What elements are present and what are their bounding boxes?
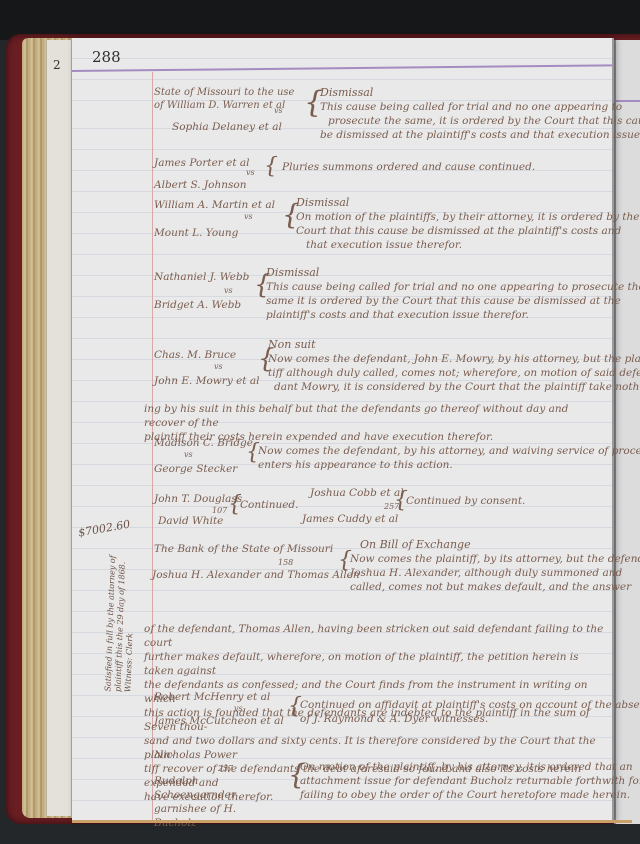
ruling-line: This cause being called for trial and no… — [320, 100, 640, 114]
ruling-title: On Bill of Exchange — [350, 538, 640, 552]
ledger-page: 288 State of Missouri to the use of Will… — [72, 38, 614, 822]
ruling-line: that execution issue therefor. — [296, 238, 640, 252]
page-number: 288 — [92, 48, 121, 66]
versus: vs — [184, 448, 193, 462]
ruling-line: Continued by consent. — [406, 494, 525, 508]
versus: vs — [244, 210, 253, 224]
ruling: Dismissal This cause being called for tr… — [266, 266, 640, 322]
ruling: Now comes the defendant, by his attorney… — [258, 444, 640, 472]
ruling-line: Pluries summons ordered and cause contin… — [282, 160, 535, 174]
versus: vs — [214, 360, 223, 374]
ruling-line: tiff although duly called, comes not; wh… — [268, 366, 640, 380]
defendant: Bridget A. Webb — [154, 298, 241, 312]
defendant: John E. Mowry et al — [154, 374, 259, 388]
page-bottom-edge — [72, 820, 632, 823]
ruling: On Bill of Exchange Now comes the plaint… — [350, 538, 640, 594]
ruling-line: called, comes not but makes default, and… — [350, 580, 640, 594]
ruling-line: Now comes the defendant, John E. Mowry, … — [268, 352, 640, 366]
defendant: George Stecker — [154, 462, 237, 476]
ruling-line: This cause being called for trial and no… — [266, 280, 640, 294]
ruling-title: Dismissal — [320, 86, 640, 100]
plaintiff: William A. Martin et al — [154, 198, 275, 212]
ruling-line: be dismissed at the plaintiff's costs an… — [320, 128, 640, 142]
defendant: Mount L. Young — [154, 226, 238, 240]
ruling-line: enters his appearance to this action. — [258, 458, 640, 472]
ruling: Dismissal This cause being called for tr… — [320, 86, 640, 142]
versus: vs — [246, 166, 255, 180]
ruling-line: Now comes the plaintiff, by its attorney… — [350, 552, 640, 566]
previous-page-strip: 2 — [46, 40, 71, 816]
ruling: On motion of the plaintiff, by his attor… — [300, 760, 640, 802]
ruling-title: Non suit — [268, 338, 640, 352]
defendant: David White — [158, 514, 223, 528]
defendant: James McCutcheon et al — [154, 714, 284, 728]
ruling-line: failing to obey the order of the Court h… — [300, 788, 640, 802]
versus: vs — [274, 104, 283, 118]
ruling-line: Now comes the defendant, by his attorney… — [258, 444, 640, 458]
ruling-title: Dismissal — [266, 266, 640, 280]
paired-plaintiff: Joshua Cobb et al — [310, 486, 404, 500]
ruling-line: attachment issue for defendant Bucholz r… — [300, 774, 640, 788]
ruling: Continued on affidavit at plaintiff's co… — [300, 698, 640, 726]
ruling-line: Joshua H. Alexander, although duly summo… — [350, 566, 640, 580]
ruling-line: dant Mowry, it is considered by the Cour… — [268, 380, 640, 394]
ruling: Pluries summons ordered and cause contin… — [282, 160, 535, 174]
defendant: Joshua H. Alexander and Thomas Allen — [152, 568, 360, 582]
plaintiff: Chas. M. Bruce — [154, 348, 236, 362]
ruling-line: further makes default, wherefore, on mot… — [144, 650, 604, 678]
ruling-line: Continued. — [240, 498, 299, 512]
plaintiff: Nathaniel J. Webb — [154, 270, 249, 284]
paired-ruling: Continued by consent. — [406, 494, 525, 508]
ruling-line: On motion of the plaintiffs, by their at… — [296, 210, 640, 224]
paired-defendant: James Cuddy et al — [302, 512, 398, 526]
ruling-line: Continued on affidavit at plaintiff's co… — [300, 698, 640, 712]
defendant: Albert S. Johnson — [154, 178, 246, 192]
ruling: Continued. — [240, 498, 299, 512]
ruling: Non suit Now comes the defendant, John E… — [268, 338, 640, 394]
ruling-line: of the defendant, Thomas Allen, having b… — [144, 622, 604, 650]
ruling-title: Dismissal — [296, 196, 640, 210]
plaintiff: The Bank of the State of Missouri — [154, 542, 333, 556]
ruling-line: Court that this cause be dismissed at th… — [296, 224, 640, 238]
plaintiff: Nicholas Power — [154, 748, 237, 762]
margin-note-text: Satisfied in full by the attorney of pla… — [103, 542, 138, 693]
header-rule — [72, 64, 612, 72]
plaintiff: Robert McHenry et al — [154, 690, 270, 704]
previous-page-number: 2 — [53, 58, 61, 72]
plaintiff: James Porter et al — [154, 156, 250, 170]
ruling-line: On motion of the plaintiff, by his attor… — [300, 760, 640, 774]
margin-note: $7002.60 Satisfied in full by the attorn… — [76, 522, 156, 672]
ruling-line: plaintiff's costs and that execution iss… — [266, 308, 640, 322]
ruling: Dismissal On motion of the plaintiffs, b… — [296, 196, 640, 252]
ruling-line: ing by his suit in this behalf but that … — [144, 402, 604, 430]
margin-note-amount: $7002.60 — [77, 518, 131, 540]
ruling-line: prosecute the same, it is ordered by the… — [320, 114, 640, 128]
versus: vs — [224, 284, 233, 298]
brace-icon: { — [264, 156, 278, 178]
defendant: Sophia Delaney et al — [172, 120, 282, 134]
ruling-line: same it is ordered by the Court that thi… — [266, 294, 640, 308]
ruling-line: of J. Raymond & A. Dyer witnesses. — [300, 712, 640, 726]
plaintiff: Madison C. Bridge — [154, 436, 253, 450]
